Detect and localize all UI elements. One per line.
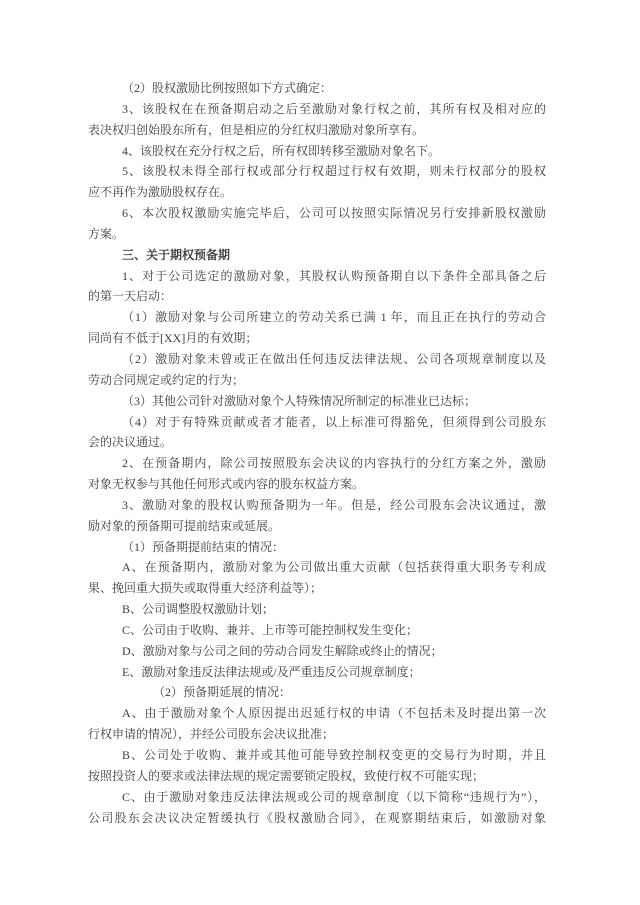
text-line: 会的决议通过。 [88,432,546,453]
text-line: 行权申请的情况），并经公司股东会决议批准； [88,724,546,745]
section-heading: 三、关于期权预备期 [88,245,546,266]
text-line: 5、该股权未得全部行权或部分行权超过行权有效期，则未行权部分的股权 [88,161,546,182]
text-line: （3）其他公司针对激励对象个人特殊情况所制定的标准业已达标； [88,391,546,412]
text-line: 的第一天启动： [88,286,546,307]
text-line: B、公司调整股权激励计划； [88,599,546,620]
text-line: A、由于激励对象个人原因提出迟延行权的申请（不包括未及时提出第一次 [88,703,546,724]
text-line: 励对象的预备期可提前结束或延展。 [88,516,546,537]
text-line: 表决权归创始股东所有，但是相应的分红权归激励对象所享有。 [88,120,546,141]
text-line: （2）股权激励比例按照如下方式确定： [88,78,546,99]
text-line: （4）对于有特殊贡献或者才能者，以上标准可得豁免，但须得到公司股东 [88,412,546,433]
text-line: 6、本次股权激励实施完毕后，公司可以按照实际情况另行安排新股权激励 [88,203,546,224]
text-line: 同尚有不低于[XX]月的有效期； [88,328,546,349]
text-line: 劳动合同规定或约定的行为； [88,370,546,391]
text-line: C、公司由于收购、兼并、上市等可能控制权发生变化； [88,620,546,641]
text-line: B、公司处于收购、兼并或其他可能导致控制权变更的交易行为时期，并且 [88,745,546,766]
text-line: （1）预备期提前结束的情况： [88,537,546,558]
text-line: 按照投资人的要求或法律法规的规定需要锁定股权，致使行权不可能实现； [88,766,546,787]
text-line: （2）预备期延展的情况： [88,682,546,703]
text-line: D、激励对象与公司之间的劳动合同发生解除或终止的情况； [88,641,546,662]
text-line: 应不再作为激励股权存在。 [88,182,546,203]
text-line: E、激励对象违反法律法规或/及严重违反公司规章制度； [88,662,546,683]
text-line: 2、在预备期内，除公司按照股东会决议的内容执行的分红方案之外，激励 [88,453,546,474]
text-line: （2）激励对象未曾或正在做出任何违反法律法规、公司各项规章制度以及 [88,349,546,370]
text-line: 果、挽回重大损失或取得重大经济利益等）； [88,578,546,599]
text-line: 公司股东会决议决定暂缓执行《股权激励合同》，在观察期结束后，如激励对象 [88,808,546,829]
text-line: 对象无权参与其他任何形式或内容的股东权益方案。 [88,474,546,495]
text-line: 4、该股权在充分行权之后，所有权即转移至激励对象名下。 [88,141,546,162]
text-line: （1）激励对象与公司所建立的劳动关系已满 1 年，而且正在执行的劳动合 [88,307,546,328]
text-line: 3、激励对象的股权认购预备期为一年。但是，经公司股东会决议通过，激 [88,495,546,516]
text-line: 3、该股权在在预备期启动之后至激励对象行权之前，其所有权及相对应的 [88,99,546,120]
text-line: 1、对于公司选定的激励对象，其股权认购预备期自以下条件全部具备之后 [88,266,546,287]
text-line: 方案。 [88,224,546,245]
text-line: C、由于激励对象违反法律法规或公司的规章制度（以下简称“违规行为”）， [88,787,546,808]
document-page: （2）股权激励比例按照如下方式确定：3、该股权在在预备期启动之后至激励对象行权之… [88,78,546,828]
text-line: A、在预备期内，激励对象为公司做出重大贡献（包括获得重大职务专利成 [88,557,546,578]
